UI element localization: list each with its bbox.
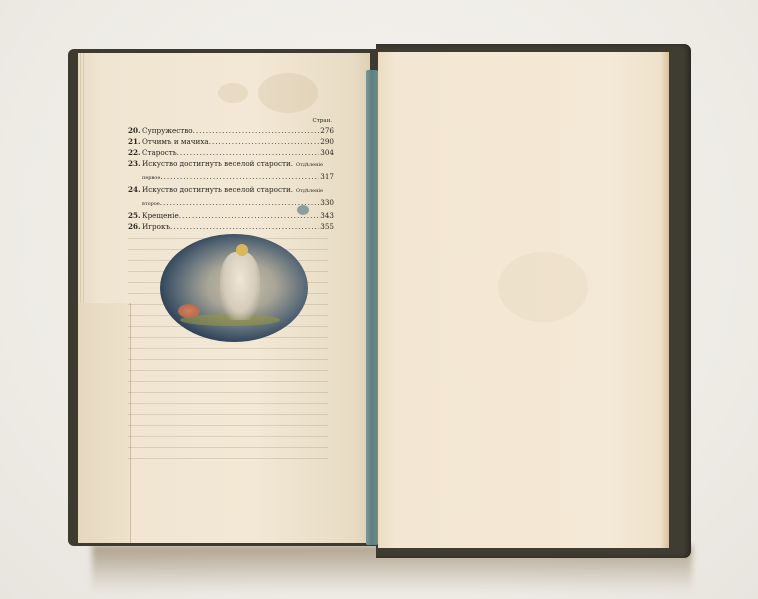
- leader-dots: [160, 197, 320, 208]
- reclining-child: [178, 304, 200, 318]
- toc-subtitle: Отдѣленіе: [296, 186, 323, 197]
- leader-dots: [160, 171, 319, 182]
- toc-number: 21.: [128, 136, 142, 147]
- toc-page: 355: [319, 221, 334, 232]
- toc-page: 304: [319, 147, 334, 158]
- toc-continuation-label: первое: [142, 173, 160, 184]
- colored-vignette-illustration: [160, 234, 308, 342]
- toc-subtitle: Отдѣленіе: [296, 160, 323, 171]
- toc-page: 343: [319, 210, 334, 221]
- toc-entry: 22. Старость 304: [128, 147, 334, 158]
- paper-stain: [258, 73, 318, 113]
- toc-number: 26.: [128, 221, 142, 232]
- folded-page-flap: [78, 303, 131, 543]
- toc-title: Игрокъ: [142, 221, 170, 232]
- toc-page: 290: [319, 136, 334, 147]
- page-column-header: Стран.: [128, 117, 334, 125]
- toc-page: 330: [319, 197, 334, 208]
- toc-entry: 23. Искуство достигнуть веселой старости…: [128, 158, 334, 171]
- toc-title: Супружество: [142, 125, 193, 136]
- seated-figure: [220, 252, 260, 320]
- toc-number: 22.: [128, 147, 142, 158]
- leader-dots: [177, 147, 320, 158]
- toc-number: 20.: [128, 125, 142, 136]
- leader-dots: [170, 221, 319, 232]
- ink-blot: [297, 205, 309, 215]
- toc-continuation-label: второе: [142, 199, 160, 210]
- paper-stain: [498, 252, 588, 322]
- spine-binding-strip: [366, 70, 378, 545]
- toc-entry: 21. Отчимъ и мачиха 290: [128, 136, 334, 147]
- toc-number: 24.: [128, 184, 142, 195]
- right-page: [378, 52, 669, 548]
- toc-entry-continuation: первое 317: [128, 171, 334, 184]
- toc-title: Крещеніе: [142, 210, 179, 221]
- toc-number: 23.: [128, 158, 142, 169]
- figure-helmet: [236, 244, 248, 256]
- toc-title: Искуство достигнуть веселой старости.: [142, 184, 293, 195]
- toc-number: 25.: [128, 210, 142, 221]
- leader-dots: [209, 136, 320, 147]
- toc-page: 276: [319, 125, 334, 136]
- toc-title: Искуство достигнуть веселой старости.: [142, 158, 293, 169]
- toc-entry: 20. Супружество 276: [128, 125, 334, 136]
- toc-entry: 24. Искуство достигнуть веселой старости…: [128, 184, 334, 197]
- toc-title: Отчимъ и мачиха: [142, 136, 209, 147]
- toc-entry: 26. Игрокъ 355: [128, 221, 334, 232]
- toc-title: Старость: [142, 147, 177, 158]
- paper-stain: [218, 83, 248, 103]
- toc-page: 317: [319, 171, 334, 182]
- leader-dots: [193, 125, 320, 136]
